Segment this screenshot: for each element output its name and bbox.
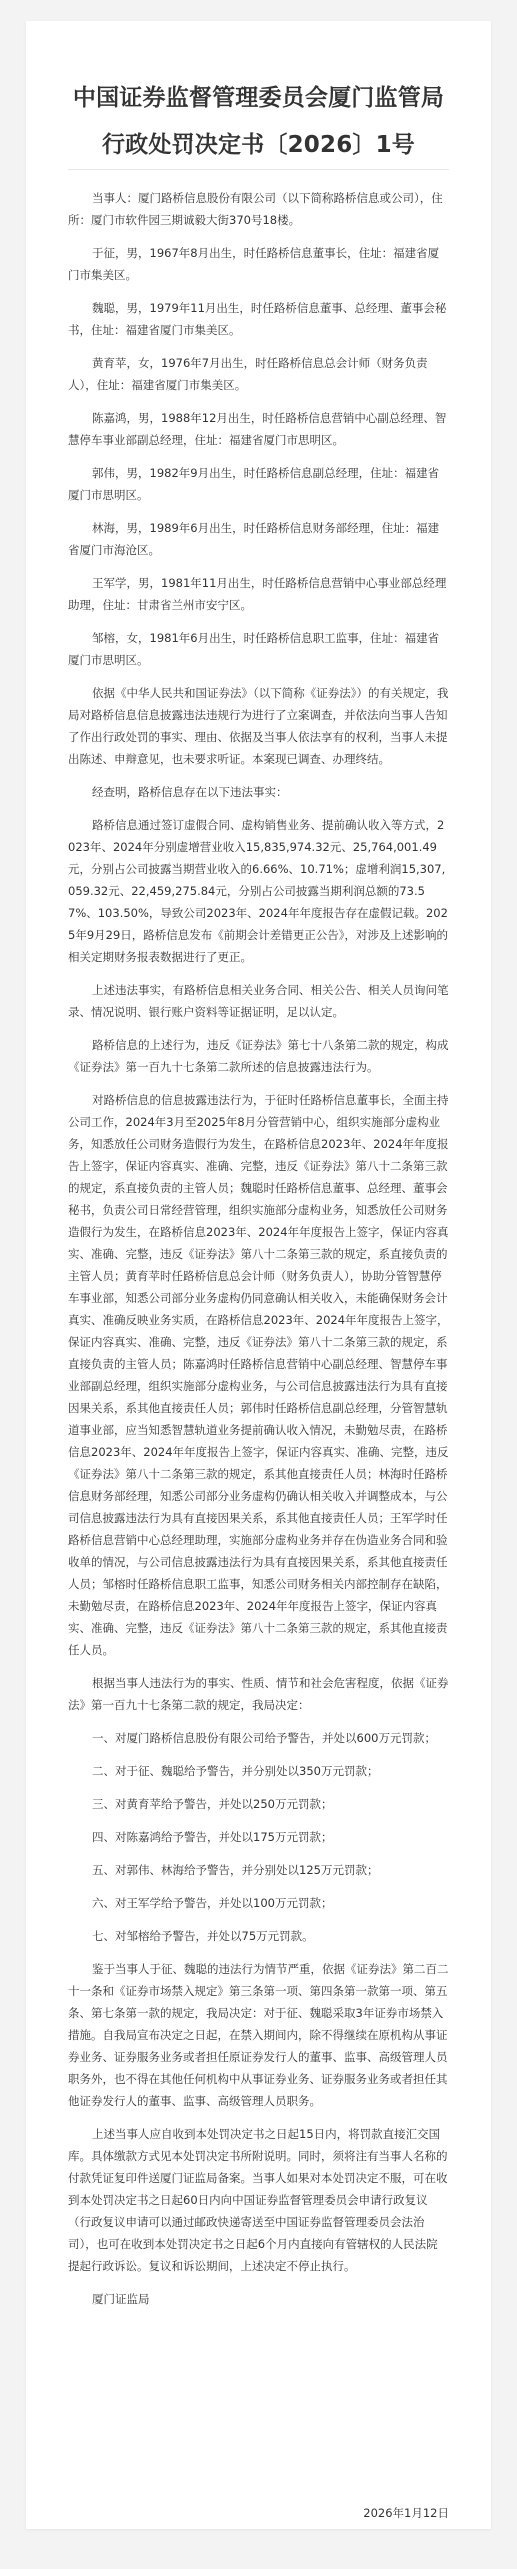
paragraph-party-wei-cong: 魏聪，男，1979年11月出生，时任路桥信息董事、总经理、董事会秘书，住址：福建…: [68, 297, 449, 341]
penalty-item-6: 六、对王军学给予警告，并处以100万元罚款；: [68, 1892, 449, 1914]
penalty-item-1: 一、对厦门路桥信息股份有限公司给予警告，并处以600万元罚款；: [68, 1727, 449, 1749]
penalty-item-5: 五、对郭伟、林海给予警告，并分别处以125万元罚款；: [68, 1859, 449, 1881]
title-line-1: 中国证券监督管理委员会厦门监管局: [68, 75, 449, 122]
paragraph-party-yu-zheng: 于征，男，1967年8月出生，时任路桥信息董事长，住址：福建省厦门市集美区。: [68, 242, 449, 286]
paragraph-party-huang-yuping: 黄育苹，女，1976年7月出生，时任路桥信息总会计师（财务负责人），住址：福建省…: [68, 352, 449, 396]
title-line-2: 行政处罚决定书〔2026〕1号: [68, 122, 449, 169]
page-title: 中国证券监督管理委员会厦门监管局 行政处罚决定书〔2026〕1号: [68, 75, 449, 169]
paragraph-findings-facts: 路桥信息通过签订虚假合同、虚构销售业务、提前确认收入等方式，2023年、2024…: [68, 814, 449, 968]
paragraph-payment-appeal: 上述当事人应自收到本处罚决定书之日起15日内，将罚款直接汇交国库。具体缴款方式见…: [68, 2123, 449, 2277]
paragraph-procedure: 依据《中华人民共和国证券法》（以下简称《证券法》）的有关规定，我局对路桥信息信息…: [68, 682, 449, 770]
signature: 厦门证监局: [68, 2288, 449, 2310]
paragraph-responsibility: 对路桥信息的信息披露违法行为，于征时任路桥信息董事长，全面主持公司工作，2024…: [68, 1089, 449, 1661]
document-date: 2026年1月12日: [363, 2502, 449, 2524]
penalty-item-2: 二、对于征、魏聪给予警告，并分别处以350万元罚款；: [68, 1760, 449, 1782]
paragraph-violation: 路桥信息的上述行为，违反《证券法》第七十八条第二款的规定，构成《证券法》第一百九…: [68, 1034, 449, 1078]
paragraph-party-lin-hai: 林海，男，1989年6月出生，时任路桥信息财务部经理，住址：福建省厦门市海沧区。: [68, 517, 449, 561]
paragraph-party-wang-junxue: 王军学，男，1981年11月出生，时任路桥信息营销中心事业部总经理助理，住址：甘…: [68, 572, 449, 616]
document-page: 中国证券监督管理委员会厦门监管局 行政处罚决定书〔2026〕1号 当事人：厦门路…: [26, 21, 491, 2529]
paragraph-decision-basis: 根据当事人违法行为的事实、性质、情节和社会危害程度，依据《证券法》第一百九十七条…: [68, 1672, 449, 1716]
paragraph-party-company: 当事人：厦门路桥信息股份有限公司（以下简称路桥信息或公司），住所：厦门市软件园三…: [68, 187, 449, 231]
penalty-item-4: 四、对陈嘉鸿给予警告，并处以175万元罚款；: [68, 1826, 449, 1848]
paragraph-party-zou-rong: 邹榕，女，1981年6月出生，时任路桥信息职工监事，住址：福建省厦门市思明区。: [68, 627, 449, 671]
paragraph-findings-intro: 经查明，路桥信息存在以下违法事实：: [68, 781, 449, 803]
paragraph-party-chen-jiahong: 陈嘉鸿，男，1988年12月出生，时任路桥信息营销中心副总经理、智慧停车事业部副…: [68, 407, 449, 451]
paragraph-party-guo-wei: 郭伟，男，1982年9月出生，时任路桥信息副总经理，住址：福建省厦门市思明区。: [68, 462, 449, 506]
title-divider: [68, 169, 449, 170]
penalty-item-7: 七、对邹榕给予警告，并处以75万元罚款。: [68, 1925, 449, 1947]
document-body: 当事人：厦门路桥信息股份有限公司（以下简称路桥信息或公司），住所：厦门市软件园三…: [68, 187, 449, 2310]
paragraph-evidence: 上述违法事实，有路桥信息相关业务合同、相关公告、相关人员询问笔录、情况说明、银行…: [68, 979, 449, 1023]
paragraph-market-ban: 鉴于当事人于征、魏聪的违法行为情节严重，依据《证券法》第二百二十一条和《证券市场…: [68, 1958, 449, 2112]
penalty-item-3: 三、对黄育苹给予警告，并处以250万元罚款；: [68, 1793, 449, 1815]
